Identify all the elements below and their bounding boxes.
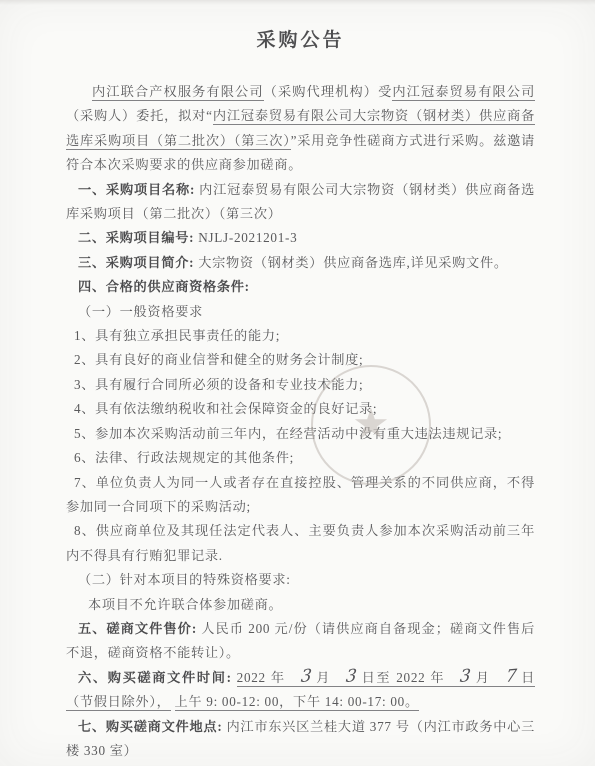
intro-text-1: （采购代理机构）受 — [264, 84, 393, 99]
section-purchase-time: 六、购买磋商文件时间: 2022 年3月3日至 2022 年3月7日（节假日除外… — [66, 666, 535, 715]
time-text-3: 日至 2022 年 — [361, 670, 446, 685]
requirement-item: 1、具有独立承担民事责任的能力; — [66, 324, 535, 348]
requirement-item: 8、供应商单位及其现任法定代表人、主要负责人参加本次采购活动前三年内不得具有行贿… — [66, 519, 535, 568]
special-requirements-note: 本项目不允许联合体参加磋商。 — [66, 593, 535, 617]
requirement-item: 2、具有良好的商业信誉和健全的财务会计制度; — [66, 348, 535, 372]
intro-text-2: （采购人）委托，拟对“ — [66, 108, 213, 123]
section-document-price: 五、磋商文件售价: 人民币 200 元/份（请供应商自备现金；磋商文件售后不退，… — [66, 617, 535, 666]
requirement-item: 6、法律、行政法规规定的其他条件; — [66, 446, 535, 470]
section-project-number-label: 二、采购项目编号: — [78, 230, 194, 245]
section-project-brief-label: 三、采购项目简介: — [78, 255, 194, 270]
requirement-item: 5、参加本次采购活动前三年内，在经营活动中没有重大违法违规记录; — [66, 422, 535, 446]
page-title: 采购公告 — [66, 28, 535, 54]
time-text-1: 2022 年 — [237, 670, 286, 685]
section-project-name: 一、采购项目名称: 内江冠泰贸易有限公司大宗物资（钢材类）供应商备选库采购项目（… — [66, 178, 535, 227]
section-project-number-value: NJLJ-2021201-3 — [198, 230, 297, 245]
requirement-item: 7、单位负责人为同一人或者存在直接控股、管理关系的不同供应商，不得参加同一合同项… — [66, 471, 535, 520]
buyer-name: 内江冠泰贸易有限公司 — [392, 84, 535, 101]
section-project-number: 二、采购项目编号: NJLJ-2021201-3 — [66, 226, 535, 250]
handwritten-day-digit: 3 — [334, 670, 359, 684]
section-project-brief-value: 大宗物资（钢材类）供应商备选库,详见采购文件。 — [198, 255, 508, 270]
section-project-name-label: 一、采购项目名称: — [78, 182, 195, 197]
intro-paragraph: 内江联合产权服务有限公司（采购代理机构）受内江冠泰贸易有限公司（采购人）委托，拟… — [66, 80, 535, 178]
section-purchase-place: 七、购买磋商文件地点: 内江市东兴区兰桂大道 377 号（内江市政务中心三楼 3… — [66, 715, 535, 764]
time-text-4: 月 — [475, 670, 491, 685]
document-page: ★ 采购公告 内江联合产权服务有限公司（采购代理机构）受内江冠泰贸易有限公司（采… — [0, 0, 595, 766]
time-text-2: 月 — [315, 670, 331, 685]
handwritten-day-digit: 7 — [493, 670, 518, 684]
section-purchase-place-label: 七、购买磋商文件地点: — [78, 719, 222, 734]
purchase-time-hours: 上午 9: 00-12: 00，下午 14: 00-17: 00。 — [175, 694, 419, 711]
general-requirements-heading: （一）一般资格要求 — [66, 300, 535, 324]
requirement-item: 4、具有依法缴纳税收和社会保障资金的良好记录; — [66, 397, 535, 421]
special-requirements-heading: （二）针对本项目的特殊资格要求: — [66, 568, 535, 592]
section-qualifications: 四、合格的供应商资格条件: — [66, 275, 535, 299]
section-qualifications-label: 四、合格的供应商资格条件: — [78, 279, 250, 294]
handwritten-month-digit: 3 — [448, 670, 473, 684]
requirement-item: 3、具有履行合同所必须的设备和专业技术能力; — [66, 373, 535, 397]
agency-name: 内江联合产权服务有限公司 — [92, 84, 264, 101]
section-purchase-time-label: 六、购买磋商文件时间: — [78, 670, 232, 685]
handwritten-month-digit: 3 — [288, 670, 313, 684]
section-project-brief: 三、采购项目简介: 大宗物资（钢材类）供应商备选库,详见采购文件。 — [66, 251, 535, 275]
section-document-price-label: 五、磋商文件售价: — [78, 621, 197, 636]
